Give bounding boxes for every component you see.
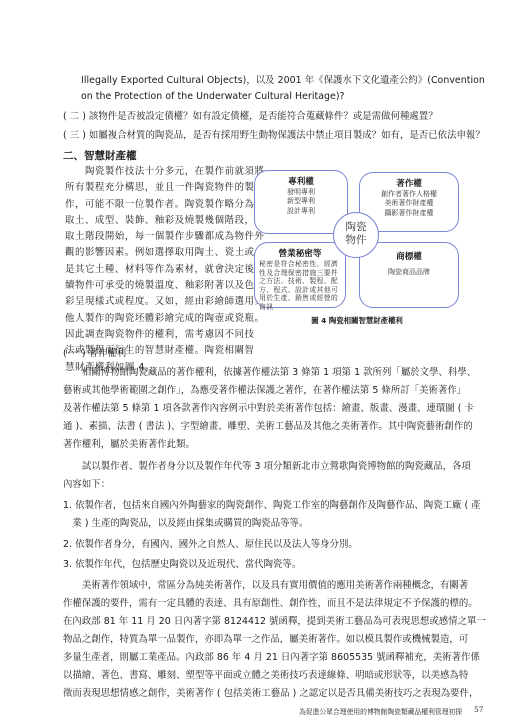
trademark-box: 商標權 陶瓷商品品牌 <box>359 242 459 308</box>
patent-item: 發明專利 <box>255 188 347 197</box>
paragraph-line: 美術著作領域中，常區分為純美術著作，以及具有實用價值的應用美術著作兩種概念，有關… <box>63 579 468 593</box>
paragraph-line: 觀的影響因素。例如選擇取用陶土、瓷土或 <box>65 245 245 261</box>
copyright-item: 美術著作財產權 <box>360 199 458 208</box>
trade-secret-box: 營業秘密等 秘密是符合秘密性、經濟性及合理保密措施三要件之方法、技術、製程、配方… <box>254 242 346 308</box>
paragraph-line: 藝術或其他學術範圍之創作」，為應受著作權法保護之著作，在著作權法第 5 條所訂「… <box>63 384 466 398</box>
paragraph-line: 陶瓷製作技法十分多元，在製作前就須將 <box>65 164 245 180</box>
list-item: 3. 依製作年代，包括歷史陶瓷以及近現代、當代陶瓷等。 <box>63 558 301 572</box>
patent-title: 專利權 <box>255 176 347 188</box>
intro-line-1: Illegally Exported Cultural Objects)，以及 … <box>81 74 485 88</box>
paragraph-line: 通 )、素描、法書 ( 書法 )、字型繪畫、雕塑、美術工藝品及其他之美術著作。其… <box>63 420 473 434</box>
list-item: 業 ) 生產的陶瓷品，以及經由採集或購買的陶瓷品等等。 <box>63 517 308 531</box>
paragraph-line: 及著作權法第 5 條第 1 項各款著作內容例示中對於美術著作包括：繪畫、版畫、漫… <box>63 402 474 416</box>
ip-rights-diagram: 專利權 發明專利 新型專利 設計專利 著作權 創作者著作人格權 美術著作財產權 … <box>252 168 462 358</box>
paragraph-line: 彩呈現樣式或程度。又如，經由彩繪師選用其 <box>65 294 245 310</box>
patent-item: 設計專利 <box>255 207 347 216</box>
paragraph-line: 內容如下： <box>63 478 110 492</box>
copyright-item: 創作者著作人格權 <box>360 190 458 199</box>
paragraph-line: 所有製程充分構思，並且一件陶瓷物件的製 <box>65 180 245 196</box>
center-label-line: 物件 <box>334 234 378 247</box>
copyright-title: 著作權 <box>360 178 458 190</box>
paragraph-line: 以描繪、著色、書寫、雕刻、塑型等平面或立體之美術技巧表達線條、明暗或形狀等，以美… <box>63 669 468 683</box>
trade-secret-title: 營業秘密等 <box>255 248 345 260</box>
paragraph-line: 取土階段開始，每一個製作步驟都成為物件外 <box>65 229 245 245</box>
center-label-line: 陶瓷 <box>334 221 378 234</box>
question-3: ( 三 ) 如屬複合材質的陶瓷品，是否有採用野生動物保護法中禁止項目製成？如有，… <box>63 129 485 143</box>
section-intro-column: 陶瓷製作技法十分多元，在製作前就須將 所有製程充分構思，並且一件陶瓷物件的製 作… <box>65 164 245 376</box>
paragraph-line: 多量生產者，則屬工業產品。內政部 86 年 4 月 21 日內著字第 86055… <box>63 651 480 665</box>
list-item: 2. 依製作者身分，有國內、國外之自然人、原住民以及法人等身分別。 <box>63 538 358 552</box>
list-item: 1. 依製作者，包括來自國內外陶藝家的陶瓷創作、陶瓷工作室的陶藝創作及陶藝作品、… <box>63 499 481 513</box>
section-heading: 二、智慧財產權 <box>63 149 137 163</box>
paragraph-line: 取土、成型、裝飾、釉彩及燒製幾個階段，從 <box>65 213 245 229</box>
patent-item: 新型專利 <box>255 197 347 206</box>
figure-caption: 圖 4 陶瓷相關智慧財產權利 <box>252 315 462 326</box>
paragraph-line: 試以製作者、製作者身分以及製作年代等 3 項分類新北市立鶯歌陶瓷博物館的陶瓷藏品… <box>63 460 471 474</box>
intro-line-2: on the Protection of the Underwater Cult… <box>81 90 345 104</box>
paragraph-line: 相關博物館陶瓷藏品的著作權利，依據著作權法第 3 條第 1 項第 1 款所列「屬… <box>63 366 476 380</box>
document-page: Illegally Exported Cultural Objects)，以及 … <box>0 0 512 724</box>
paragraph-line: 他人製作的陶瓷坯體彩繪完成的陶壺或瓷瓶。 <box>65 311 245 327</box>
trademark-item: 陶瓷商品品牌 <box>360 268 458 277</box>
paragraph-line: 在內政部 81 年 11 月 20 日內著字第 8124412 號函釋，提到美術… <box>63 615 486 629</box>
paragraph-line: 續物件可承受的燒製溫度、釉彩附著以及色 <box>65 278 245 294</box>
trademark-title: 商標權 <box>360 251 458 263</box>
paragraph-line: 徵而表現思想情感之創作，美術著作 ( 包括美術工藝品 ) 之認定以是否具備美術技… <box>63 687 478 701</box>
ceramic-object-circle: 陶瓷 物件 <box>333 212 379 258</box>
paragraph-line: 是其它土種、材料等作為素材，就會決定後 <box>65 262 245 278</box>
trade-secret-text: 秘密是符合秘密性、經濟性及合理保密措施三要件之方法、技術、製程、配方、程式、設計… <box>255 260 345 312</box>
paragraph-line: 作權保護的要件，需有一定具體的表達、具有原創性、創作性，而且不是法律規定不予保護… <box>63 597 478 611</box>
running-footer-title: 為促進公眾合理使用的博物館陶瓷類藏品權利管理初探 <box>299 706 462 716</box>
paragraph-line: 物品之創作，特質為單一品製作，亦即為單一之作品，屬美術著作。如以模具製作或機械製… <box>63 633 468 647</box>
paragraph-line: 著作權利，屬於美術著作此類。 <box>63 438 195 452</box>
subsection-heading: ( 一 ) 著作權利 <box>63 347 126 361</box>
page-number: 57 <box>474 705 483 714</box>
paragraph-line: 因此調查陶瓷物件的權利，需考慮因不同技 <box>65 327 245 343</box>
copyright-item: 攝影著作財產權 <box>360 209 458 218</box>
paragraph-line: 作，可能不限一位製作者。陶瓷製作略分為 <box>65 197 245 213</box>
question-2: ( 二 ) 該物件是否被設定債權？如有設定債權，是否能符合蒐藏條件？或是需做何種… <box>63 110 438 124</box>
